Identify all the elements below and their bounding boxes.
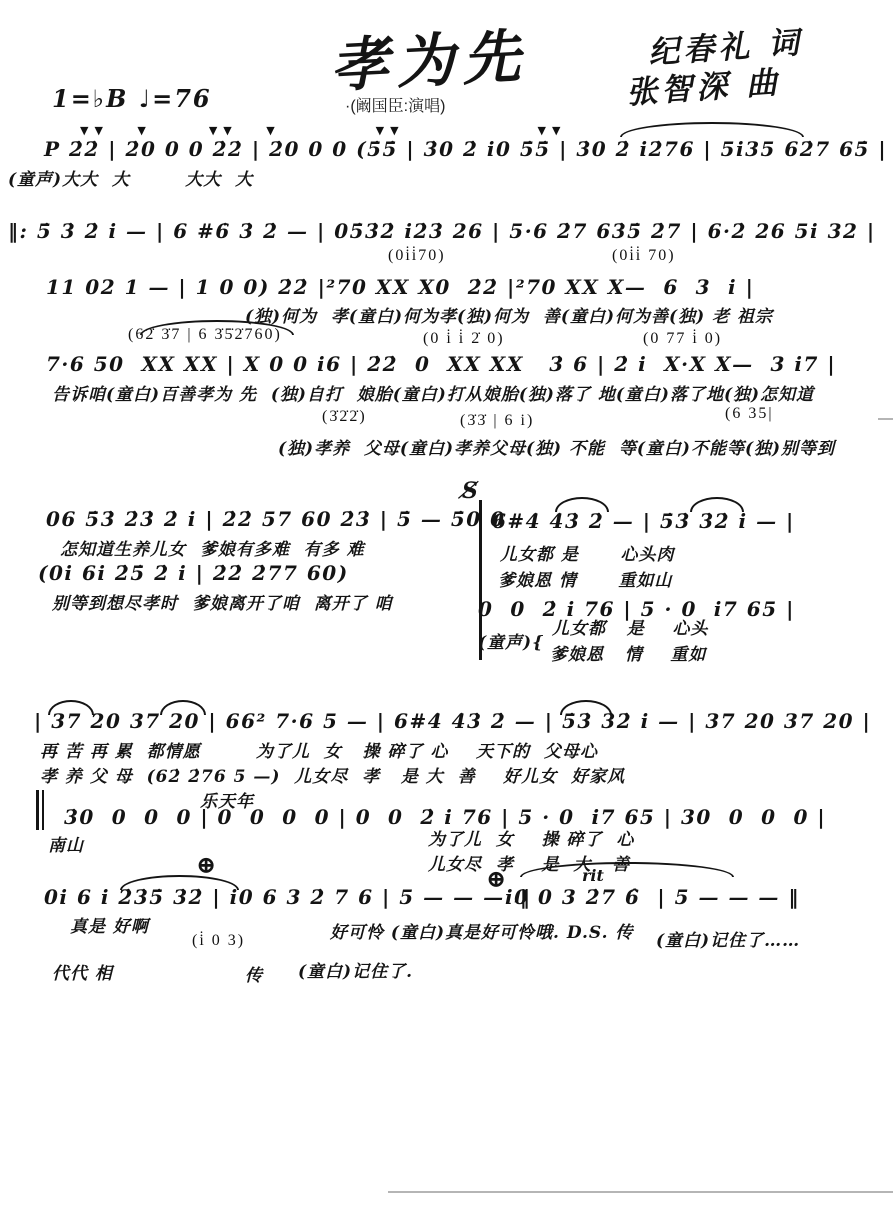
music-line-2-notes: ‖: 5̇ 3̇ 2̇ i — | 6 #6̇ 3̇ 2̇ — | 05̇3̇2…: [8, 219, 876, 243]
composer-credit: 张智深 曲: [625, 57, 783, 113]
ending-lyrics-1b: 好可怜 (童白)真是好可怜哦. D.S. 传: [330, 918, 633, 943]
chorus-line-lyrics-2: 孝 养 父 母 (62̇ 2̇76 5 —) 儿女尽 孝 是 大 善 好儿女 好…: [40, 762, 625, 787]
segno-sign: S̸: [462, 478, 478, 504]
ending-lyrics-1c: (童白)记住了……: [656, 926, 800, 951]
verse2-lyrics-1: 怎知道生养儿女 爹娘有多难 有多 难: [60, 535, 365, 560]
chorus-notes-1: 6#4̇ 4̇3̇ 2̇ — | 5̇3̇ 3̇2̇ i — |: [492, 509, 795, 533]
slur-arc: [555, 497, 609, 512]
scan-edge-line: [388, 1191, 893, 1193]
slur-arc: [620, 122, 804, 137]
music-line-1-notes: P 2̇2̇ | 2̇0 0 0 2̇2̇ | 2̇0 0 0 (5̇5̇ | …: [44, 137, 887, 161]
interlude-lyric-left: 南山: [48, 831, 84, 856]
ending-notes-right: i0 0 3 2̇7 6̂ | 5 — — — ‖: [505, 885, 800, 909]
music-line-3-notes: 11 02 1 — | 1 0 0) 2̇2̇ |²70 XX X0 2̇2̇ …: [46, 275, 754, 299]
ending-lyrics-2a: 代代 相: [52, 959, 113, 984]
printed-correction: (0i̇i̇70): [388, 247, 446, 265]
scan-edge-tick: [878, 418, 893, 420]
ending-notes-left: 0i 6 i 2̇3̇5̇ 3̇2̇ | i0 6 3 2̇ 7 6 | 5 —…: [44, 885, 531, 909]
printed-correction: (62̇ 3̇7 | 6 3̇5̇2̇760): [128, 326, 282, 344]
music-line-4-notes: 7·6 50 XX XX | X 0 0 i6 | 2̇2̇ 0 XX XX 3…: [46, 352, 836, 376]
chorus-line-notes: | 37 20 37 20 | 66² 7·6 5 — | 6#4̇ 4̇3̇ …: [34, 709, 871, 733]
slur-arc: [690, 497, 744, 512]
printed-correction: (0i̇i̇ 70): [612, 247, 676, 265]
chorus-lyrics-1: 儿女都 是 心头肉: [500, 540, 674, 565]
printed-correction: (i̇ 0 3): [192, 932, 245, 950]
ds-margin-mark: [42, 790, 44, 830]
rit-marking: rit: [582, 866, 604, 885]
accent-marks-row: ▼▼ ▼ ▼▼ ▼ ▼▼ ▼▼: [80, 124, 566, 137]
chorus-lyrics-4: 爹娘恩 情 重如: [550, 640, 706, 665]
ending-lyrics-2b: 传: [245, 961, 263, 986]
chorus-lyrics-3: 儿女都 是 心头: [552, 614, 708, 639]
music-line-3-lyrics: (独)何为 孝(童白)何为孝(独)何为 善(童白)何为善(独) 老 祖宗: [245, 302, 773, 327]
child-voice-label: (童声){: [478, 628, 544, 653]
verse2-notes-2: (0i 6i 2̇5̇ 2̇ i | 2̇2̇ 2̇77 60): [38, 561, 349, 585]
printed-correction: (6 35|: [725, 405, 774, 423]
chorus-lyrics-2: 爹娘恩 情 重如山: [498, 566, 672, 591]
interlude-lyrics-1: 为了儿 女 操 碎了 心: [428, 825, 634, 850]
printed-correction: (0 i̇ i̇ 2̇ 0): [423, 330, 505, 348]
printed-correction: (0 77 i̇ 0): [643, 330, 722, 348]
sheet-music-page: 孝为先 纪春礼 词 张智深 曲 ·(阚国臣:演唱) 1=♭B ♩=76 ▼▼ ▼…: [0, 0, 893, 1229]
music-line-1-lyrics: (童声)大大 大 大大 大: [8, 165, 253, 190]
performer-note: ·(阚国臣:演唱): [345, 93, 445, 116]
ending-lyrics-2c: (童白)记住了.: [298, 957, 413, 982]
printed-correction: (3̇3̇ | 6 i): [460, 412, 534, 430]
verse2-notes-1: 06 5̇3̇ 2̇3̇ 2̇ i | 2̇2̇ 57 60 2̇3̇ | 5̇…: [46, 507, 506, 531]
ds-margin-mark: [36, 790, 39, 830]
song-title: 孝为先: [328, 9, 530, 103]
ending-lyrics-1a: 真是 好啊: [70, 912, 149, 937]
music-line-5-lyrics: (独)孝养 父母(童白)孝养父母(独) 不能 等(童白)不能等(独)别等到: [278, 434, 835, 459]
coda-sign: ⊕: [486, 864, 506, 893]
printed-correction: (3̇2̇2̇): [322, 408, 367, 426]
verse2-lyrics-2: 别等到想尽孝时 爹娘离开了咱 离开了 咱: [52, 589, 393, 614]
key-tempo-marking: 1=♭B ♩=76: [52, 84, 212, 113]
music-line-4-lyrics: 告诉咱(童白)百善孝为 先 (独)自打 娘胎(童白)打从娘胎(独)落了 地(童白…: [52, 380, 814, 405]
coda-sign: ⊕: [196, 850, 216, 879]
chorus-line-lyrics-1: 再 苦 再 累 都情愿 为了儿 女 操 碎了 心 天下的 父母心: [40, 737, 598, 762]
